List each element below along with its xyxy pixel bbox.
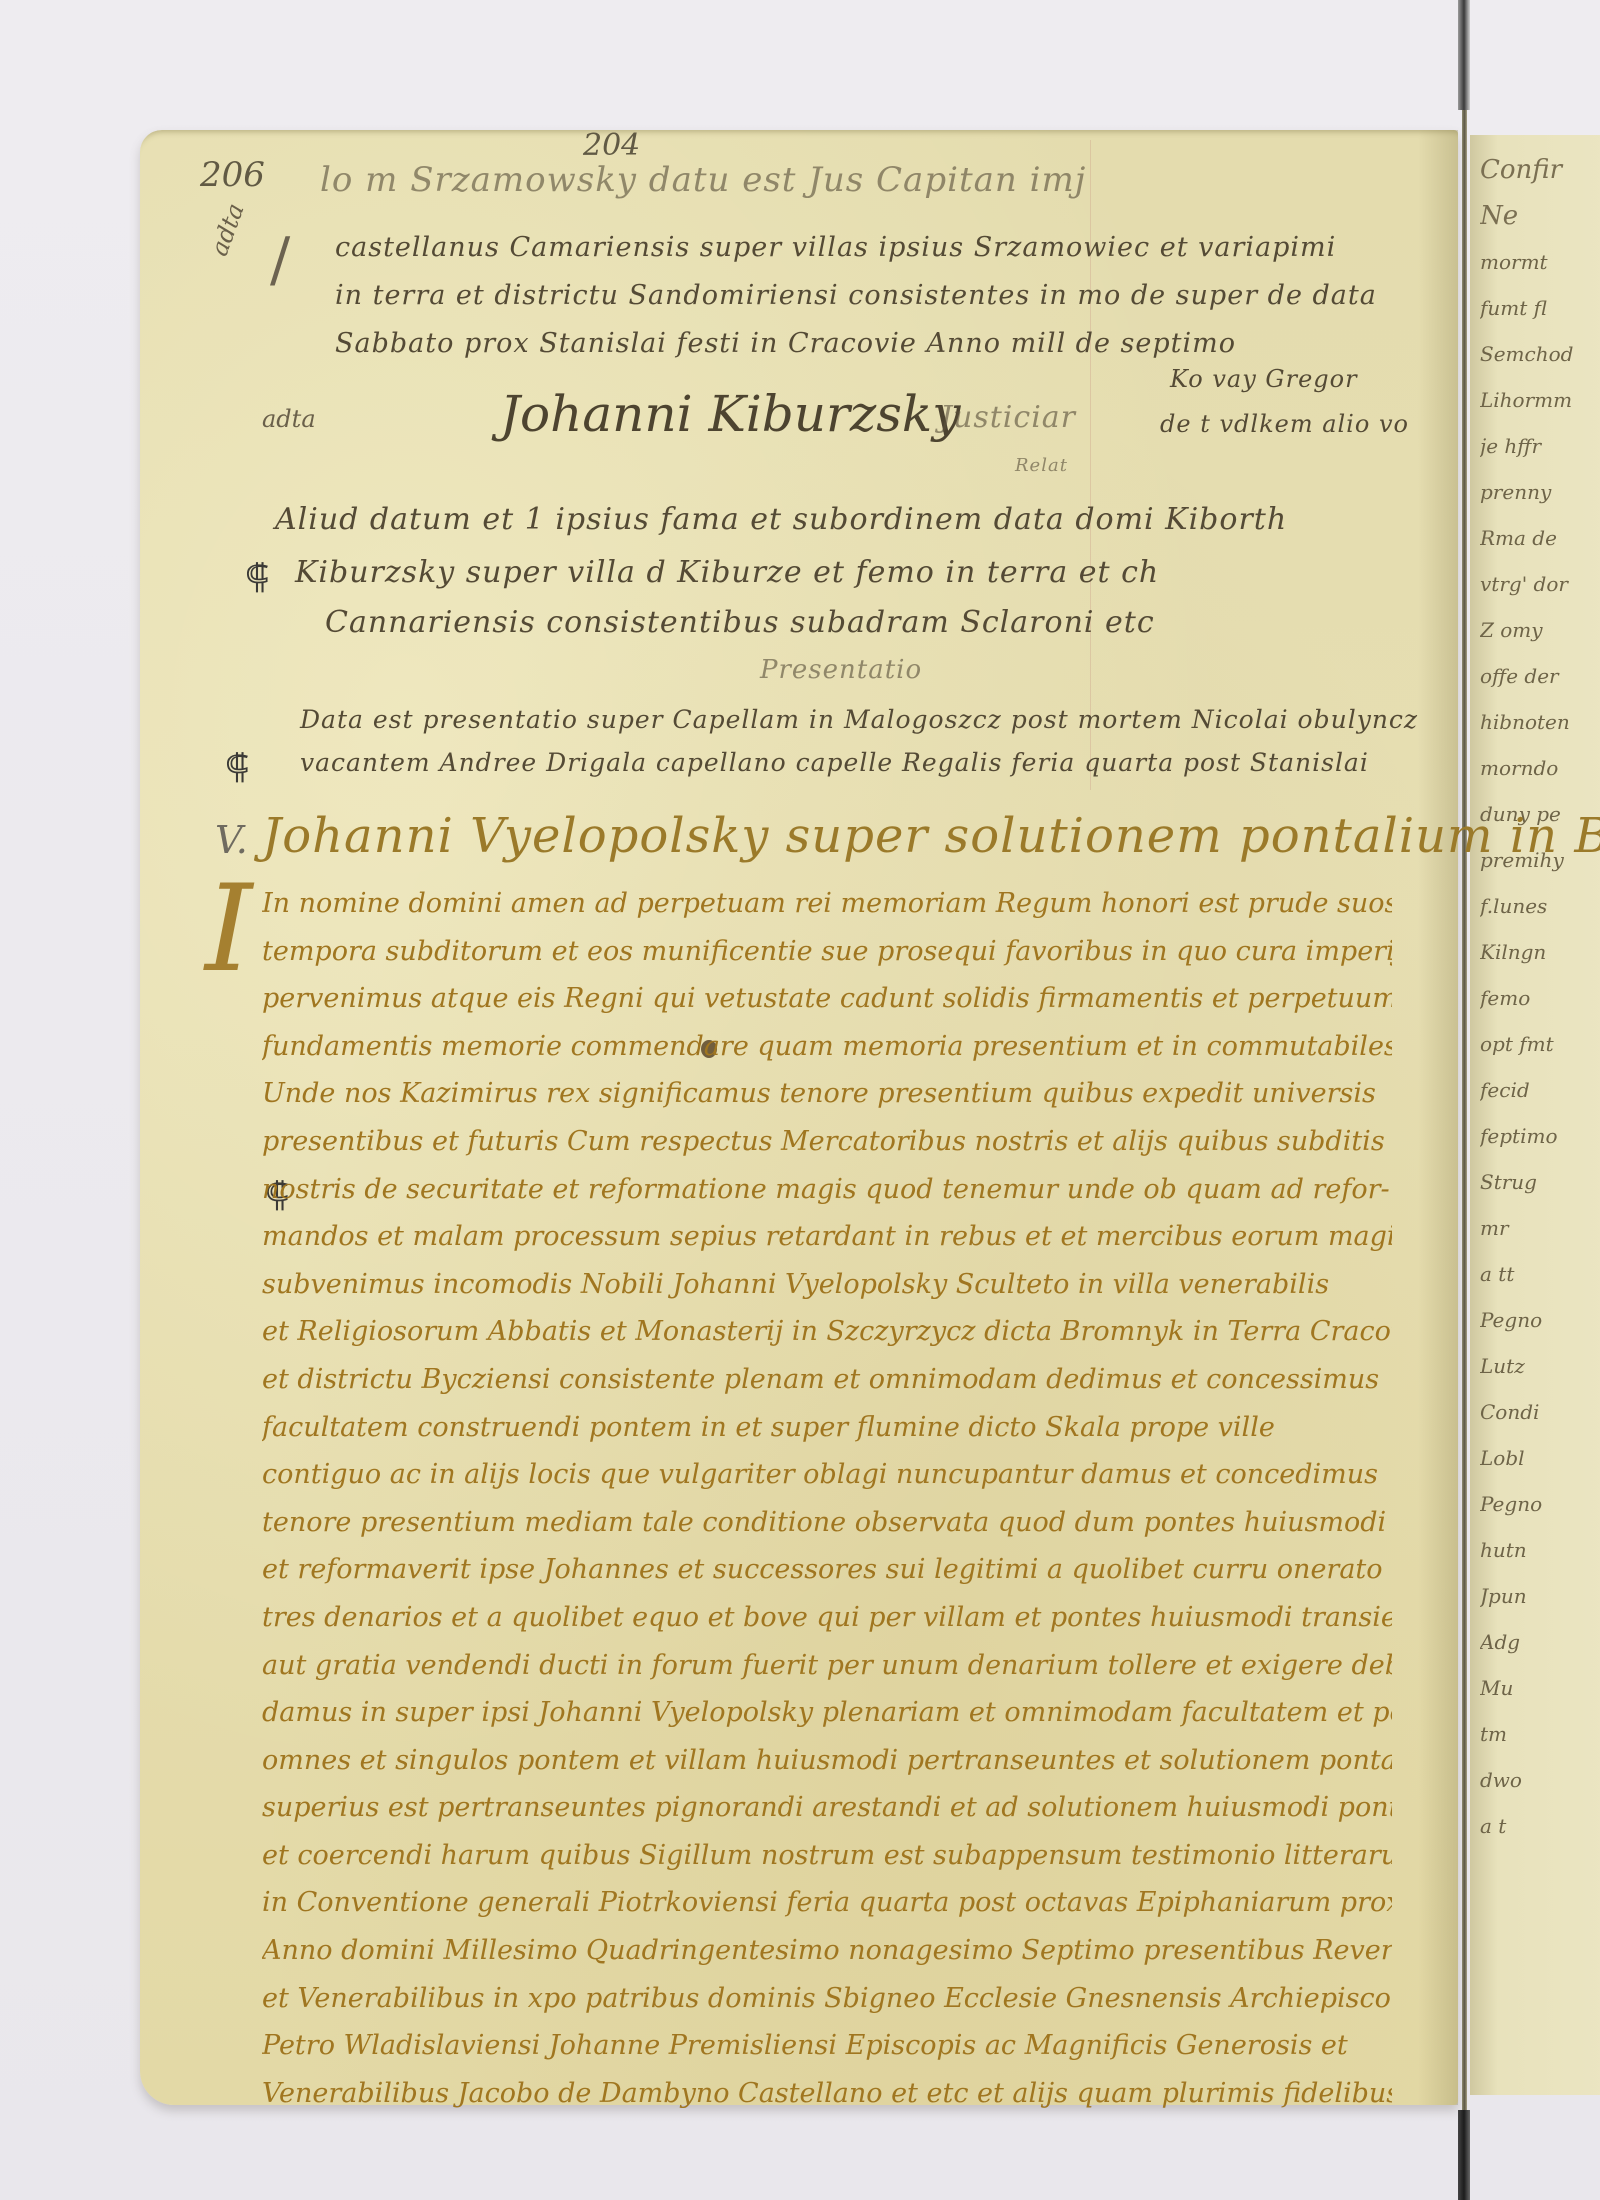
facing-line: a t bbox=[1480, 1803, 1600, 1849]
charter-body: In nomine domini amen ad perpetuam rei m… bbox=[262, 880, 1392, 2117]
facing-line: Confir bbox=[1480, 147, 1600, 193]
facing-line: Pegno bbox=[1480, 1481, 1600, 1527]
entry-heading: Johanni Vyelopolsky super solutionem pon… bbox=[262, 808, 1600, 864]
body-line: subvenimus incomodis Nobili Johanni Vyel… bbox=[262, 1261, 1392, 1309]
facing-line: Pegno bbox=[1480, 1297, 1600, 1343]
entry-heading: Johanni Kiburzsky bbox=[500, 385, 960, 443]
body-line: Venerabilibus Jacobo de Dambyno Castella… bbox=[262, 2070, 1392, 2118]
facing-line: fumt fl bbox=[1480, 285, 1600, 331]
facing-line: Condi bbox=[1480, 1389, 1600, 1435]
entry-line: vacantem Andree Drigala capellano capell… bbox=[300, 748, 1369, 777]
entry-line: Sabbato prox Stanislai festi in Cracovie… bbox=[335, 328, 1236, 359]
facing-line: Lutz bbox=[1480, 1343, 1600, 1389]
margin-mark: V. bbox=[215, 818, 248, 862]
body-line: et districtu Bycziensi consistente plena… bbox=[262, 1356, 1392, 1404]
facing-page-text: Confir Ne mormt fumt fl Semchod Lihormm … bbox=[1480, 147, 1600, 1849]
facing-line: Rma de bbox=[1480, 515, 1600, 561]
small-note: Relat bbox=[1015, 455, 1068, 476]
facing-line: f.lunes bbox=[1480, 883, 1600, 929]
facing-line: hutn bbox=[1480, 1527, 1600, 1573]
facing-line: fecid bbox=[1480, 1067, 1600, 1113]
folio-number-old: 206 bbox=[200, 155, 265, 195]
body-line: contiguo ac in alijs locis que vulgarite… bbox=[262, 1451, 1392, 1499]
body-line: et Venerabilibus in xpo patribus dominis… bbox=[262, 1975, 1392, 2023]
facing-line: Strug bbox=[1480, 1159, 1600, 1205]
body-line: Anno domini Millesimo Quadringentesimo n… bbox=[262, 1927, 1392, 1975]
entry-line: Kiburzsky super villa d Kiburze et femo … bbox=[295, 555, 1159, 590]
body-line: tenore presentium mediam tale conditione… bbox=[262, 1499, 1392, 1547]
facing-line: Ne bbox=[1480, 193, 1600, 239]
binding-gutter bbox=[1462, 110, 1467, 2110]
facing-line: femo bbox=[1480, 975, 1600, 1021]
body-line: aut gratia vendendi ducti in forum fueri… bbox=[262, 1642, 1392, 1690]
facing-line: Semchod bbox=[1480, 331, 1600, 377]
facing-line: mormt bbox=[1480, 239, 1600, 285]
entry-title-faint: lo m Srzamowsky datu est Jus Capitan imj bbox=[320, 160, 1086, 200]
facing-line: morndo bbox=[1480, 745, 1600, 791]
facing-line: mr bbox=[1480, 1205, 1600, 1251]
body-line: tempora subditorum et eos munificentie s… bbox=[262, 928, 1392, 976]
facing-line: tm bbox=[1480, 1711, 1600, 1757]
facing-page: Confir Ne mormt fumt fl Semchod Lihormm … bbox=[1470, 135, 1600, 2095]
body-line: Unde nos Kazimirus rex significamus teno… bbox=[262, 1070, 1392, 1118]
facing-line: a tt bbox=[1480, 1251, 1600, 1297]
margin-slash-mark: / bbox=[270, 225, 290, 295]
entry-line: in terra et districtu Sandomiriensi cons… bbox=[335, 280, 1377, 311]
margin-note-adta: adta bbox=[262, 405, 316, 433]
facing-line: opt fmt bbox=[1480, 1021, 1600, 1067]
body-line: damus in super ipsi Johanni Vyelopolsky … bbox=[262, 1689, 1392, 1737]
entry-line: Cannariensis consistentibus subadram Scl… bbox=[325, 605, 1155, 640]
facing-line: Adg bbox=[1480, 1619, 1600, 1665]
facing-line: Jpun bbox=[1480, 1573, 1600, 1619]
facing-line: vtrg' dor bbox=[1480, 561, 1600, 607]
facing-line: prenny bbox=[1480, 469, 1600, 515]
binding-clip-bottom bbox=[1458, 2110, 1470, 2200]
body-line: mandos et malam processum sepius retarda… bbox=[262, 1213, 1392, 1261]
entry-line: Aliud datum et 1 ipsius fama et subordin… bbox=[275, 502, 1287, 537]
facing-line: offe der bbox=[1480, 653, 1600, 699]
body-line: superius est pertranseuntes pignorandi a… bbox=[262, 1784, 1392, 1832]
facing-line: Mu bbox=[1480, 1665, 1600, 1711]
body-line: Petro Wladislaviensi Johanne Premisliens… bbox=[262, 2022, 1392, 2070]
paragraph-mark-icon: ⸿ bbox=[225, 742, 249, 788]
body-line: et coercendi harum quibus Sigillum nostr… bbox=[262, 1832, 1392, 1880]
body-line: fundamentis memorie commendare quam memo… bbox=[262, 1023, 1392, 1071]
paragraph-mark-icon: ⸿ bbox=[245, 552, 269, 598]
facing-line: Lobl bbox=[1480, 1435, 1600, 1481]
body-line: pervenimus atque eis Regni qui vetustate… bbox=[262, 975, 1392, 1023]
facing-line: Kilngn bbox=[1480, 929, 1600, 975]
body-line: et Religiosorum Abbatis et Monasterij in… bbox=[262, 1308, 1392, 1356]
entry-line: Data est presentatio super Capellam in M… bbox=[300, 705, 1418, 734]
right-annotation: Ko vay Gregor bbox=[1170, 365, 1358, 393]
facing-line: Lihormm bbox=[1480, 377, 1600, 423]
facing-line: Z omy bbox=[1480, 607, 1600, 653]
body-line: In nomine domini amen ad perpetuam rei m… bbox=[262, 880, 1392, 928]
body-line: nostris de securitate et reformatione ma… bbox=[262, 1166, 1392, 1214]
entry-line: castellanus Camariensis super villas ips… bbox=[335, 232, 1336, 263]
facing-line: hibnoten bbox=[1480, 699, 1600, 745]
facing-line: dwo bbox=[1480, 1757, 1600, 1803]
body-line: omnes et singulos pontem et villam huius… bbox=[262, 1737, 1392, 1785]
body-line: tres denarios et a quolibet equo et bove… bbox=[262, 1594, 1392, 1642]
body-line: in Conventione generali Piotrkoviensi fe… bbox=[262, 1879, 1392, 1927]
body-line: et reformaverit ipse Johannes et success… bbox=[262, 1546, 1392, 1594]
folio-number-new: 204 bbox=[583, 128, 640, 163]
right-annotation: de t vdlkem alio vo bbox=[1160, 410, 1409, 438]
body-line: facultatem construendi pontem in et supe… bbox=[262, 1404, 1392, 1452]
body-line: presentibus et futuris Cum respectus Mer… bbox=[262, 1118, 1392, 1166]
faint-note: Presentatio bbox=[760, 655, 922, 685]
facing-line: feptimo bbox=[1480, 1113, 1600, 1159]
decorated-initial-icon: I bbox=[205, 870, 252, 990]
binding-clip-top bbox=[1458, 0, 1470, 110]
facing-line: je hffr bbox=[1480, 423, 1600, 469]
entry-heading-faint: Justiciar bbox=[940, 400, 1076, 435]
